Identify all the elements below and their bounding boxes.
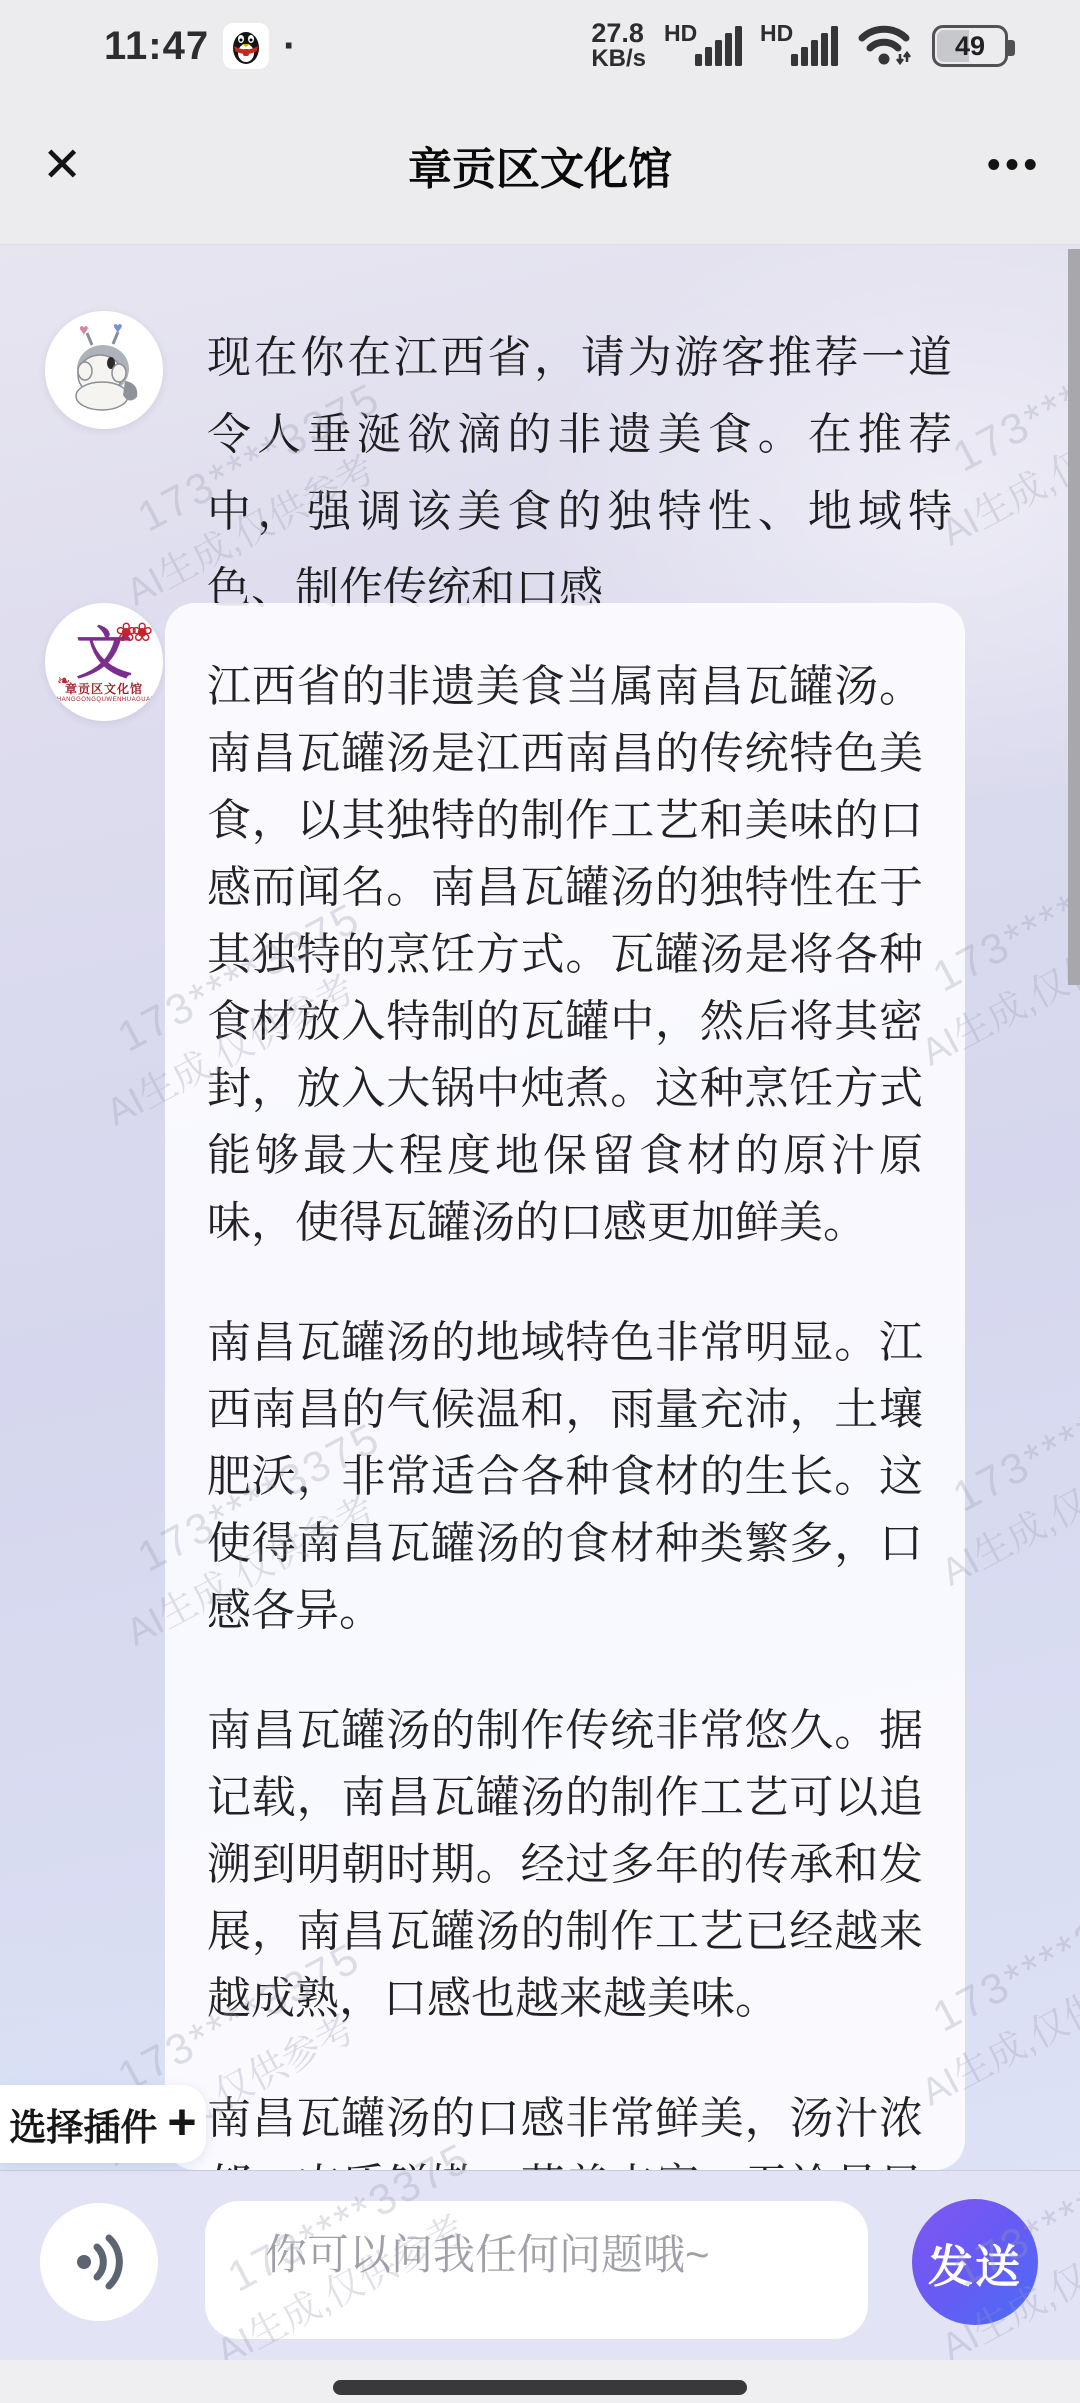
bot-message-bubble: 江西省的非遗美食当属南昌瓦罐汤。南昌瓦罐汤是江西南昌的传统特色美食，以其独特的制…	[165, 603, 965, 2170]
user-avatar[interactable]: ♥ ♥	[45, 311, 163, 429]
voice-wave-icon	[68, 2231, 130, 2293]
more-menu-icon[interactable]: •••	[987, 144, 1042, 187]
logo-petals: ❀❀	[115, 617, 147, 648]
logo-name: 章贡区文化馆	[65, 680, 143, 697]
status-bar: 11:47 · 27.8 KB/s	[0, 14, 1080, 78]
close-icon[interactable]: ✕	[42, 137, 82, 193]
battery-icon: 49	[932, 25, 1008, 67]
plus-icon: +	[167, 2102, 196, 2142]
network-speed: 27.8 KB/s	[591, 20, 646, 72]
svg-text:♥: ♥	[113, 320, 123, 337]
bot-avatar[interactable]: ❀❀ ❧ 文 章贡区文化馆 ZHANGGONGQUWENHUAGUAN	[45, 603, 163, 721]
input-bar: 发送	[0, 2170, 1080, 2360]
message-input-container	[205, 2201, 868, 2339]
message-input[interactable]	[205, 2231, 868, 2309]
gesture-strip	[0, 2360, 1080, 2403]
send-button[interactable]: 发送	[912, 2199, 1038, 2325]
notification-dot: ·	[283, 24, 296, 69]
page-title: 章贡区文化馆	[0, 133, 1080, 197]
header: 11:47 · 27.8 KB/s	[0, 0, 1080, 245]
sim2-signal-icon: HD	[760, 22, 838, 70]
select-plugin-button[interactable]: 选择插件 +	[0, 2085, 206, 2163]
clock: 11:47	[104, 24, 209, 69]
chat-area: ♥ ♥ 现在你在江西省，请为游客推荐一道令人垂涎欲滴的非遗美食。在推荐中，强调该…	[0, 245, 1080, 2403]
voice-input-button[interactable]	[40, 2203, 158, 2321]
user-message-text: 现在你在江西省，请为游客推荐一道令人垂涎欲滴的非遗美食。在推荐中，强调该美食的独…	[207, 319, 952, 627]
scrollbar-thumb[interactable]	[1068, 249, 1080, 985]
select-plugin-label: 选择插件	[9, 2097, 157, 2151]
bot-paragraph: 南昌瓦罐汤的地域特色非常明显。江西南昌的气候温和，雨量充沛，土壤肥沃，非常适合各…	[207, 1309, 923, 1644]
battery-percent: 49	[935, 28, 1005, 64]
send-button-label: 发送	[928, 2230, 1022, 2295]
wifi-icon	[856, 20, 914, 73]
qq-penguin-icon	[223, 23, 269, 69]
home-indicator[interactable]	[333, 2380, 747, 2395]
logo-latin: ZHANGGONGQUWENHUAGUAN	[53, 697, 156, 703]
sim1-signal-icon: HD	[664, 22, 742, 70]
nav-bar: ✕ 章贡区文化馆 •••	[0, 90, 1080, 240]
svg-text:♥: ♥	[79, 322, 89, 339]
bot-paragraph: 南昌瓦罐汤的制作传统非常悠久。据记载，南昌瓦罐汤的制作工艺可以追溯到明朝时期。经…	[207, 1697, 923, 2032]
bot-paragraph: 江西省的非遗美食当属南昌瓦罐汤。南昌瓦罐汤是江西南昌的传统特色美食，以其独特的制…	[207, 653, 923, 1256]
bot-paragraph: 南昌瓦罐汤的口感非常鲜美，汤汁浓郁，肉质鲜嫩，营养丰富。无论是早餐还是晚餐，南昌…	[207, 2085, 923, 2170]
logo-bird: ❧	[57, 671, 70, 691]
